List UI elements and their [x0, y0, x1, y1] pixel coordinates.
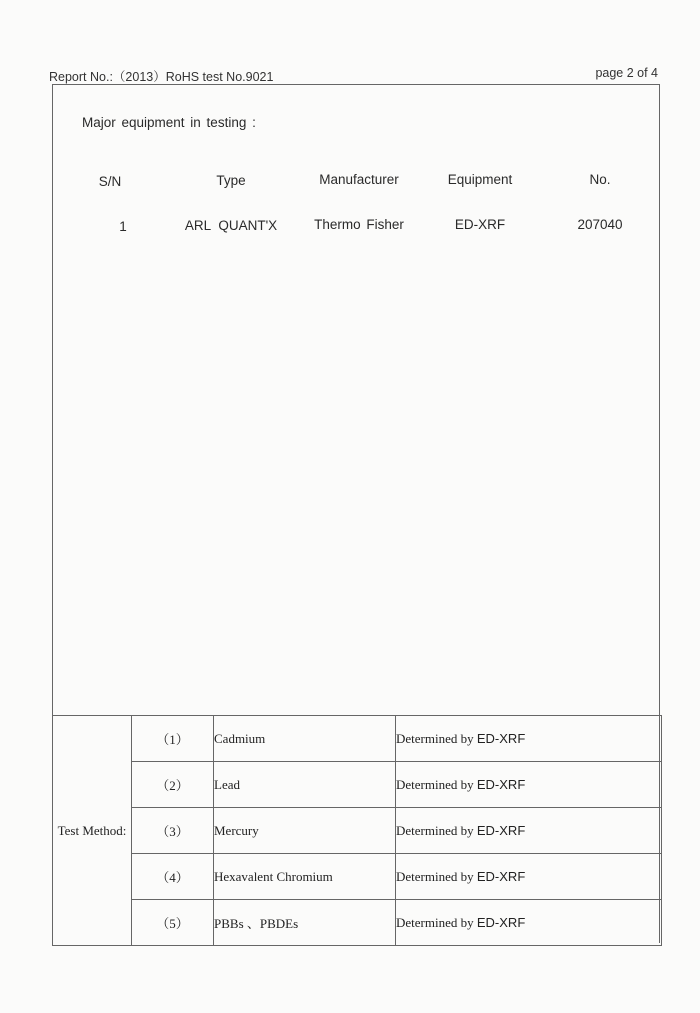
column-header-no: No. — [589, 172, 610, 187]
substance-name: Lead — [214, 762, 396, 808]
method-tech: ED-XRF — [477, 731, 525, 746]
cell-sn: 1 — [119, 219, 127, 234]
table-row: Test Method: （1） Cadmium Determined by E… — [53, 716, 662, 762]
column-header-manufacturer: Manufacturer — [319, 172, 399, 187]
substance-name: Hexavalent Chromium — [214, 854, 396, 900]
item-number: （3） — [132, 808, 214, 854]
method-cell: Determined by ED-XRF — [396, 716, 662, 762]
column-header-sn: S/N — [99, 174, 122, 189]
method-prefix: Determined by — [396, 823, 477, 838]
item-number: （5） — [132, 900, 214, 946]
method-prefix: Determined by — [396, 915, 477, 930]
method-tech: ED-XRF — [477, 915, 525, 930]
method-tech: ED-XRF — [477, 823, 525, 838]
test-method-table: Test Method: （1） Cadmium Determined by E… — [52, 715, 662, 946]
method-cell: Determined by ED-XRF — [396, 762, 662, 808]
item-number: （2） — [132, 762, 214, 808]
table-row: （5） PBBs 、PBDEs Determined by ED-XRF — [53, 900, 662, 946]
method-tech: ED-XRF — [477, 869, 525, 884]
report-number: Report No.:（2013）RoHS test No.9021 — [49, 67, 273, 85]
method-cell: Determined by ED-XRF — [396, 900, 662, 946]
page-indicator: page 2 of 4 — [595, 66, 658, 80]
substance-name: Cadmium — [214, 716, 396, 762]
table-row: （3） Mercury Determined by ED-XRF — [53, 808, 662, 854]
cell-type: ARL QUANT'X — [185, 218, 277, 233]
method-tech: ED-XRF — [477, 777, 525, 792]
table-row: （4） Hexavalent Chromium Determined by ED… — [53, 854, 662, 900]
method-cell: Determined by ED-XRF — [396, 854, 662, 900]
method-prefix: Determined by — [396, 869, 477, 884]
item-number: （4） — [132, 854, 214, 900]
cell-manufacturer: Thermo Fisher — [314, 217, 404, 232]
test-method-label: Test Method: — [53, 716, 132, 946]
method-cell: Determined by ED-XRF — [396, 808, 662, 854]
cell-number: 207040 — [577, 217, 622, 232]
table-row: （2） Lead Determined by ED-XRF — [53, 762, 662, 808]
method-prefix: Determined by — [396, 777, 477, 792]
column-header-type: Type — [216, 173, 245, 188]
method-prefix: Determined by — [396, 731, 477, 746]
substance-name: PBBs 、PBDEs — [214, 900, 396, 946]
cell-equipment: ED-XRF — [455, 217, 505, 232]
item-number: （1） — [132, 716, 214, 762]
column-header-equipment: Equipment — [448, 172, 513, 187]
section-heading: Major equipment in testing : — [82, 115, 256, 130]
substance-name: Mercury — [214, 808, 396, 854]
